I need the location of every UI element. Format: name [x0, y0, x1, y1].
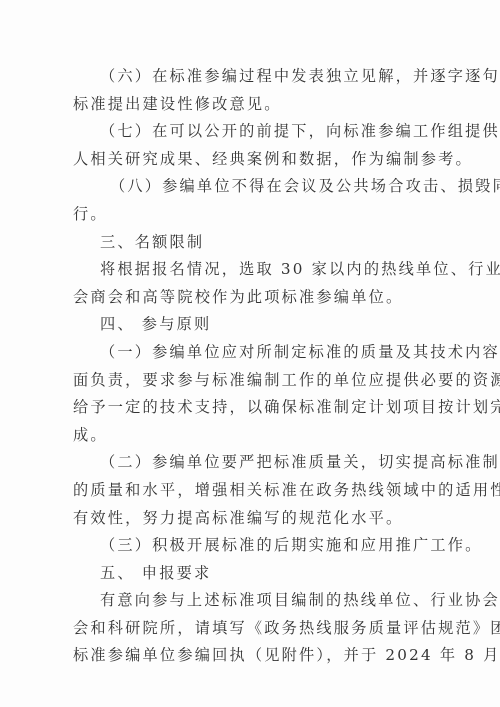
paragraph-6-line-2: 标准提出建设性修改意见。	[73, 91, 425, 119]
principle-2-line-1: （二）参编单位要严把标准质量关，切实提高标准制订	[73, 449, 425, 477]
section-heading-quota: 三、名额限制	[73, 229, 425, 257]
principle-1-line-3: 给予一定的技术支持，以确保标准制定计划项目按计划完	[73, 394, 425, 422]
quota-paragraph-line-2: 会商会和高等院校作为此项标准参编单位。	[73, 284, 425, 312]
application-paragraph-line-2: 会和科研院所，请填写《政务热线服务质量评估规范》团体	[73, 615, 425, 643]
paragraph-8-line-2: 行。	[73, 201, 425, 229]
paragraph-7-line-1: （七）在可以公开的前提下，向标准参编工作组提供个	[73, 118, 425, 146]
paragraph-6-line-1: （六）在标准参编过程中发表独立见解，并逐字逐句对	[73, 63, 425, 91]
principle-1-line-1: （一）参编单位应对所制定标准的质量及其技术内容全	[73, 339, 425, 367]
principle-2-line-3: 有效性，努力提高标准编写的规范化水平。	[73, 505, 425, 533]
paragraph-7-line-2: 人相关研究成果、经典案例和数据，作为编制参考。	[73, 146, 425, 174]
section-heading-application: 五、 申报要求	[73, 560, 425, 588]
section-heading-principles: 四、 参与原则	[73, 311, 425, 339]
quota-paragraph-line-1: 将根据报名情况，选取 30 家以内的热线单位、行业协	[73, 256, 425, 284]
paragraph-8-line-1: （八）参编单位不得在会议及公共场合攻击、损毁同	[73, 173, 425, 201]
application-paragraph-line-3: 标准参编单位参编回执（见附件），并于 2024 年 8 月 31 日	[73, 642, 425, 670]
principle-3-line-1: （三）积极开展标准的后期实施和应用推广工作。	[73, 532, 425, 560]
principle-1-line-2: 面负责，要求参与标准编制工作的单位应提供必要的资源并	[73, 367, 425, 395]
principle-2-line-2: 的质量和水平，增强相关标准在政务热线领域中的适用性和	[73, 477, 425, 505]
document-page: （六）在标准参编过程中发表独立见解，并逐字逐句对 标准提出建设性修改意见。 （七…	[0, 0, 500, 707]
application-paragraph-line-1: 有意向参与上述标准项目编制的热线单位、行业协会商	[73, 587, 425, 615]
principle-1-line-4: 成。	[73, 422, 425, 450]
document-body: （六）在标准参编过程中发表独立见解，并逐字逐句对 标准提出建设性修改意见。 （七…	[73, 63, 425, 670]
